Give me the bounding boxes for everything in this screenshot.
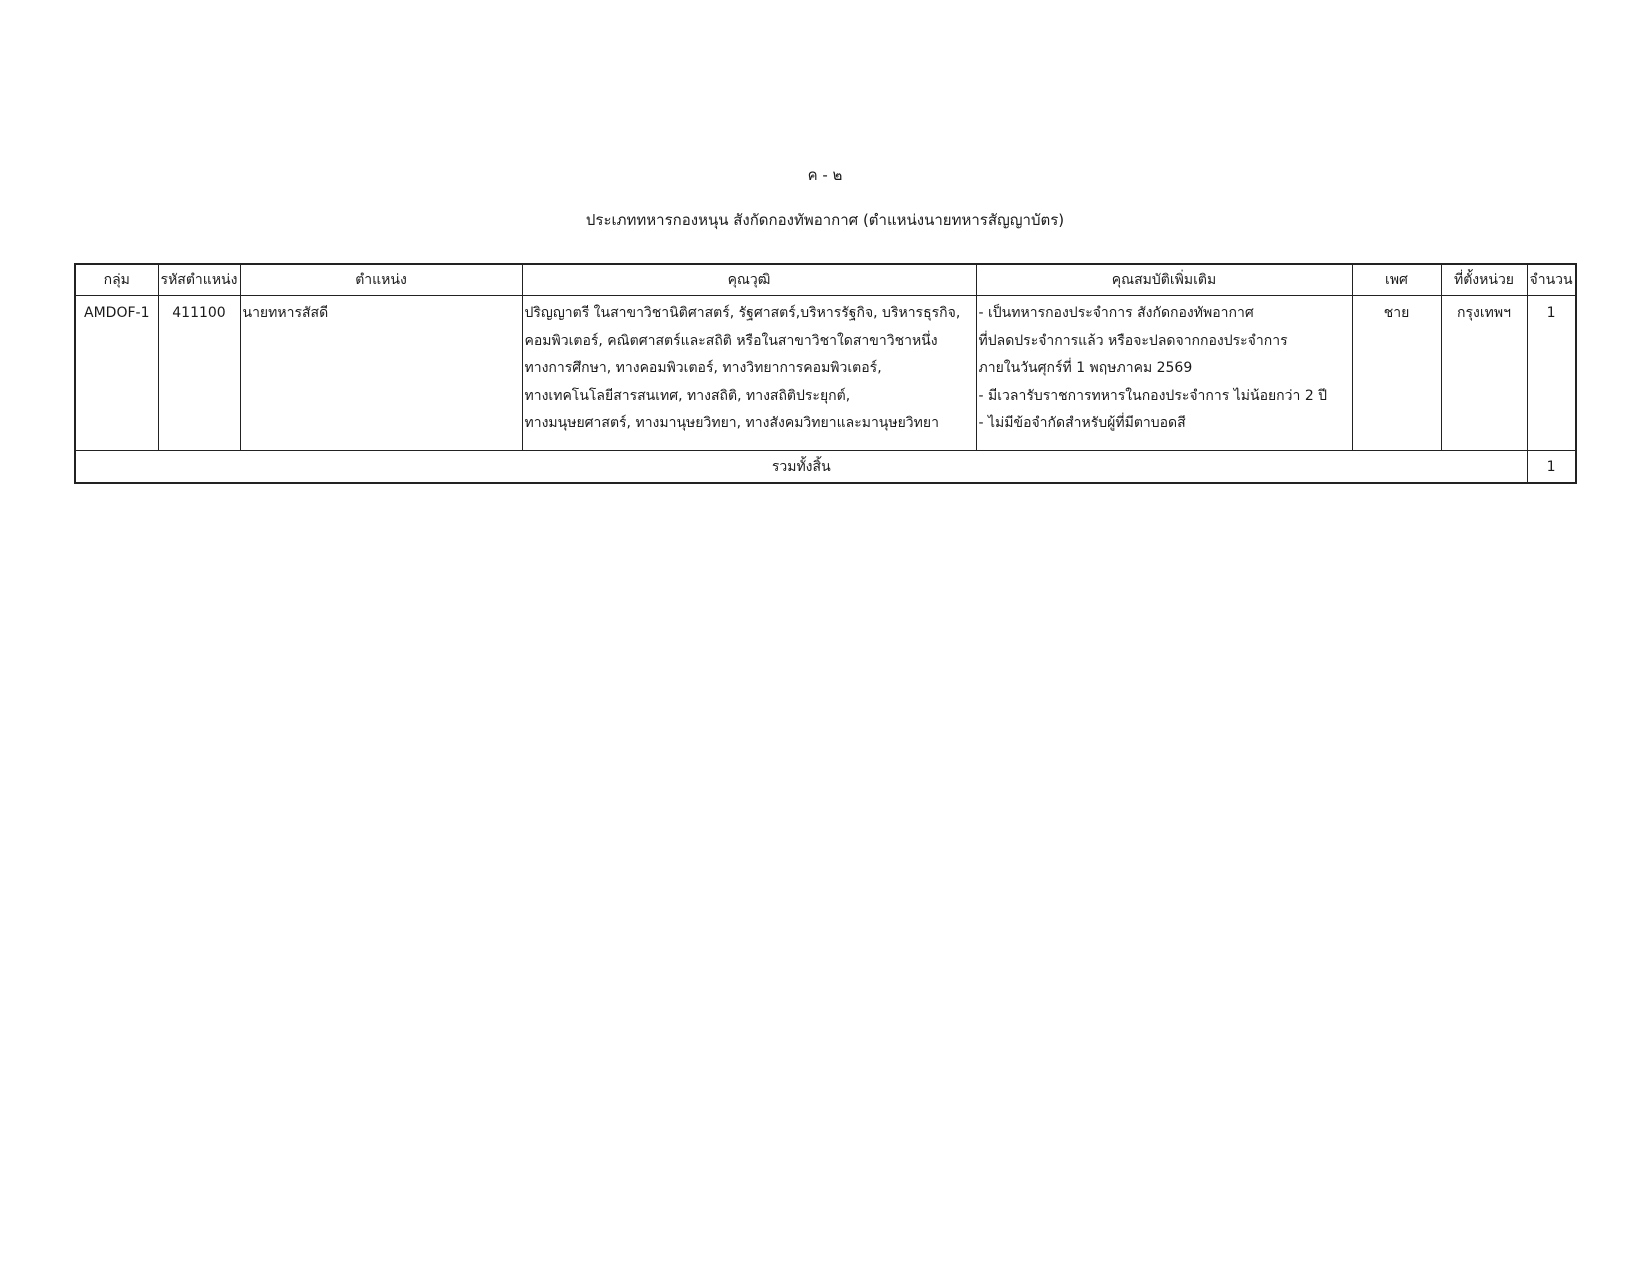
- cell-position-code: 411100: [158, 296, 240, 451]
- qualification-line: ปริญญาตรี ในสาขาวิชานิติศาสตร์, รัฐศาสตร…: [525, 300, 974, 328]
- header-position: ตำแหน่ง: [240, 264, 522, 296]
- page-number: ค - ๒: [0, 163, 1650, 187]
- additional-line: - เป็นทหารกองประจำการ สังกัดกองทัพอากาศ: [979, 300, 1350, 328]
- additional-line: - ไม่มีข้อจำกัดสำหรับผู้ที่มีตาบอดสี: [979, 410, 1350, 438]
- total-row: รวมทั้งสิ้น 1: [75, 451, 1576, 484]
- total-label: รวมทั้งสิ้น: [75, 451, 1527, 484]
- cell-count: 1: [1527, 296, 1576, 451]
- cell-qualification: ปริญญาตรี ในสาขาวิชานิติศาสตร์, รัฐศาสตร…: [522, 296, 976, 451]
- header-count: จำนวน: [1527, 264, 1576, 296]
- table-row: AMDOF-1 411100 นายทหารสัสดี ปริญญาตรี ใน…: [75, 296, 1576, 451]
- qualification-line: ทางเทคโนโลยีสารสนเทศ, ทางสถิติ, ทางสถิติ…: [525, 383, 974, 411]
- header-group: กลุ่ม: [75, 264, 158, 296]
- total-count: 1: [1527, 451, 1576, 484]
- qualification-line: ทางมนุษยศาสตร์, ทางมานุษยวิทยา, ทางสังคม…: [525, 410, 974, 438]
- table-header-row: กลุ่ม รหัสตำแหน่ง ตำแหน่ง คุณวุฒิ คุณสมบ…: [75, 264, 1576, 296]
- header-additional-qualification: คุณสมบัติเพิ่มเติม: [976, 264, 1352, 296]
- cell-group: AMDOF-1: [75, 296, 158, 451]
- qualification-line: ทางการศึกษา, ทางคอมพิวเตอร์, ทางวิทยาการ…: [525, 355, 974, 383]
- additional-line: - มีเวลารับราชการทหารในกองประจำการ ไม่น้…: [979, 383, 1350, 411]
- additional-line: ที่ปลดประจำการแล้ว หรือจะปลดจากกองประจำก…: [979, 328, 1350, 356]
- header-position-code: รหัสตำแหน่ง: [158, 264, 240, 296]
- header-qualification: คุณวุฒิ: [522, 264, 976, 296]
- header-location: ที่ตั้งหน่วย: [1441, 264, 1527, 296]
- cell-gender: ชาย: [1352, 296, 1441, 451]
- cell-additional-qualification: - เป็นทหารกองประจำการ สังกัดกองทัพอากาศ …: [976, 296, 1352, 451]
- cell-location: กรุงเทพฯ: [1441, 296, 1527, 451]
- qualification-line: คอมพิวเตอร์, คณิตศาสตร์และสถิติ หรือในสา…: [525, 328, 974, 356]
- header-gender: เพศ: [1352, 264, 1441, 296]
- positions-table: กลุ่ม รหัสตำแหน่ง ตำแหน่ง คุณวุฒิ คุณสมบ…: [74, 263, 1577, 484]
- cell-position: นายทหารสัสดี: [240, 296, 522, 451]
- document-title: ประเภททหารกองหนุน สังกัดกองทัพอากาศ (ตำแ…: [0, 208, 1650, 232]
- additional-line: ภายในวันศุกร์ที่ 1 พฤษภาคม 2569: [979, 355, 1350, 383]
